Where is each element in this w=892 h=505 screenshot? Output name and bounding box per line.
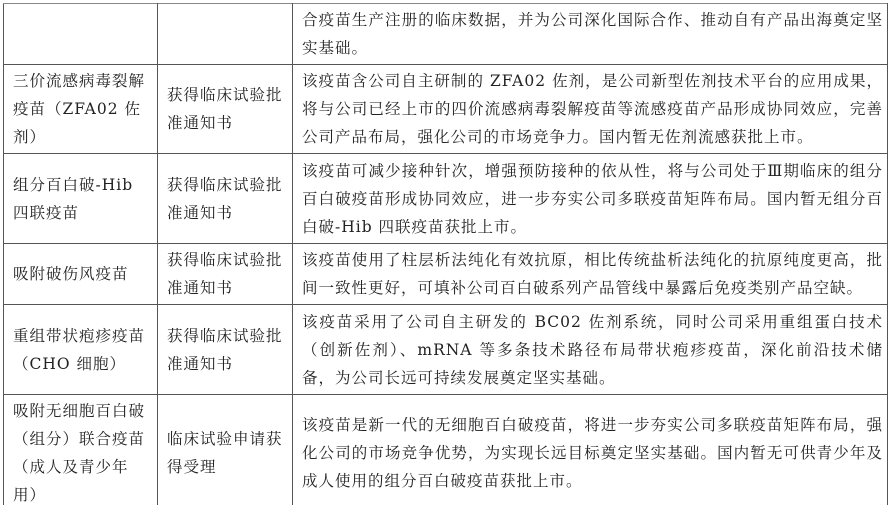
status-cell: 获得临床试验批准通知书 — [158, 244, 293, 305]
table-row: 三价流感病毒裂解疫苗（ZFA02 佐剂） 获得临床试验批准通知书 该疫苗含公司自… — [4, 65, 888, 154]
status-cell: 获得临床试验批准通知书 — [158, 65, 293, 154]
table-row: 重组带状疱疹疫苗（CHO 细胞） 获得临床试验批准通知书 该疫苗采用了公司自主研… — [4, 305, 888, 395]
vaccine-name-cell: 吸附破伤风疫苗 — [4, 244, 158, 305]
status-cell — [158, 4, 293, 65]
vaccine-name-cell — [4, 4, 158, 65]
vaccine-name-cell: 组分百白破-Hib 四联疫苗 — [4, 154, 158, 244]
vaccine-name-cell: 吸附无细胞百白破（组分）联合疫苗（成人及青少年用） — [4, 395, 158, 505]
description-cell: 该疫苗采用了公司自主研发的 BC02 佐剂系统，同时公司采用重组蛋白技术（创新佐… — [293, 305, 888, 395]
vaccine-name-cell: 三价流感病毒裂解疫苗（ZFA02 佐剂） — [4, 65, 158, 154]
vaccine-pipeline-table: 合疫苗生产注册的临床数据，并为公司深化国际合作、推动自有产品出海奠定坚实基础。 … — [3, 3, 888, 505]
status-cell: 获得临床试验批准通知书 — [158, 154, 293, 244]
table-row: 吸附无细胞百白破（组分）联合疫苗（成人及青少年用） 临床试验申请获得受理 该疫苗… — [4, 395, 888, 505]
description-cell: 该疫苗是新一代的无细胞百白破疫苗，将进一步夯实公司多联疫苗矩阵布局，强化公司的市… — [293, 395, 888, 505]
table-row: 吸附破伤风疫苗 获得临床试验批准通知书 该疫苗使用了柱层析法纯化有效抗原，相比传… — [4, 244, 888, 305]
description-cell: 该疫苗可减少接种针次，增强预防接种的依从性，将与公司处于Ⅲ期临床的组分百白破疫苗… — [293, 154, 888, 244]
description-cell: 该疫苗含公司自主研制的 ZFA02 佐剂，是公司新型佐剂技术平台的应用成果，将与… — [293, 65, 888, 154]
description-cell: 该疫苗使用了柱层析法纯化有效抗原，相比传统盐析法纯化的抗原纯度更高，批间一致性更… — [293, 244, 888, 305]
vaccine-name-cell: 重组带状疱疹疫苗（CHO 细胞） — [4, 305, 158, 395]
status-cell: 临床试验申请获得受理 — [158, 395, 293, 505]
table-row: 组分百白破-Hib 四联疫苗 获得临床试验批准通知书 该疫苗可减少接种针次，增强… — [4, 154, 888, 244]
status-cell: 获得临床试验批准通知书 — [158, 305, 293, 395]
description-cell: 合疫苗生产注册的临床数据，并为公司深化国际合作、推动自有产品出海奠定坚实基础。 — [293, 4, 888, 65]
table-row: 合疫苗生产注册的临床数据，并为公司深化国际合作、推动自有产品出海奠定坚实基础。 — [4, 4, 888, 65]
